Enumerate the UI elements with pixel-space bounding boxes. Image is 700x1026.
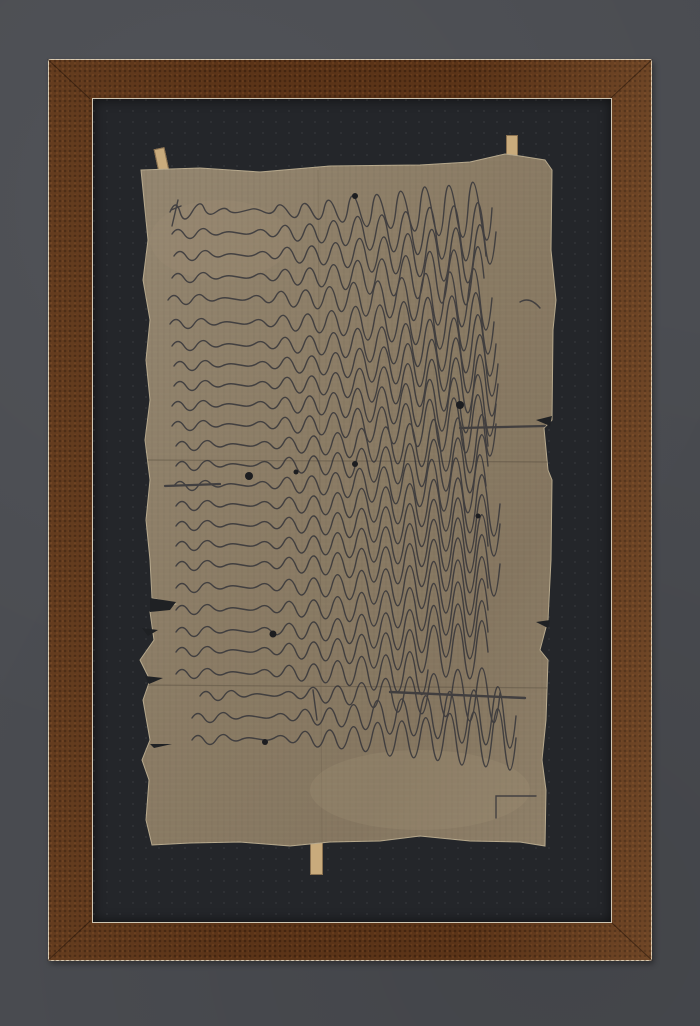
papyrus-fragment	[0, 0, 700, 1026]
